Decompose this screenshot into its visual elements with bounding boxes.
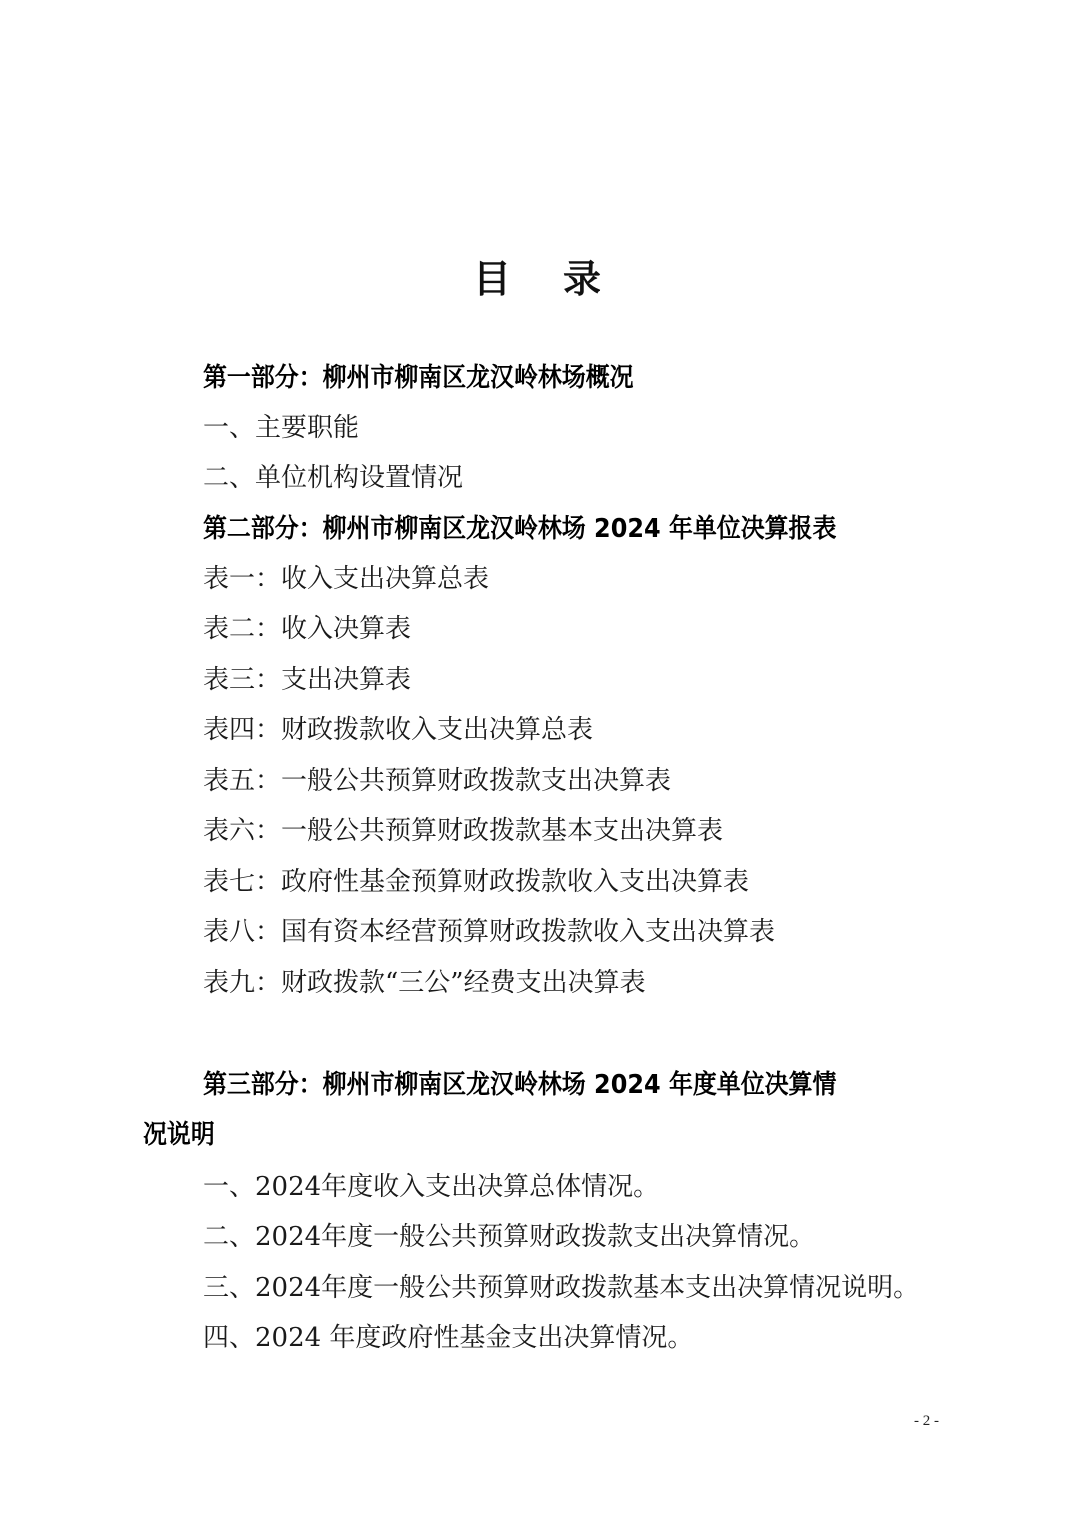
toc-part3-heading-cont[interactable]: 况说明 xyxy=(143,1118,215,1152)
toc-item[interactable]: 表九：财政拨款“三公”经费支出决算表 xyxy=(203,966,646,1000)
toc-item[interactable]: 表一：收入支出决算总表 xyxy=(203,562,489,596)
toc-item[interactable]: 二、2024年度一般公共预算财政拨款支出决算情况。 xyxy=(203,1220,815,1254)
toc-item[interactable]: 表八：国有资本经营预算财政拨款收入支出决算表 xyxy=(203,915,775,949)
toc-item[interactable]: 一、2024年度收入支出决算总体情况。 xyxy=(203,1170,659,1204)
title-char-1: 目 xyxy=(473,248,511,303)
toc-item[interactable]: 二、单位机构设置情况 xyxy=(203,461,463,495)
toc-part2-heading[interactable]: 第二部分：柳州市柳南区龙汉岭林场 2024 年单位决算报表 xyxy=(203,512,836,546)
page-title: 目录 xyxy=(0,248,1074,303)
document-page: 目录 第一部分：柳州市柳南区龙汉岭林场概况 一、主要职能 二、单位机构设置情况 … xyxy=(0,0,1074,1520)
toc-item[interactable]: 表三：支出决算表 xyxy=(203,663,411,697)
toc-part3-heading[interactable]: 第三部分：柳州市柳南区龙汉岭林场 2024 年度单位决算情 xyxy=(203,1068,836,1102)
page-number: - 2 - xyxy=(914,1413,939,1430)
toc-item[interactable]: 一、主要职能 xyxy=(203,411,359,445)
title-char-2: 录 xyxy=(563,248,601,303)
toc-item[interactable]: 表五：一般公共预算财政拨款支出决算表 xyxy=(203,764,671,798)
toc-item[interactable]: 表二：收入决算表 xyxy=(203,612,411,646)
toc-item[interactable]: 表七：政府性基金预算财政拨款收入支出决算表 xyxy=(203,865,749,899)
toc-item[interactable]: 三、2024年度一般公共预算财政拨款基本支出决算情况说明。 xyxy=(203,1271,919,1305)
toc-item[interactable]: 表六：一般公共预算财政拨款基本支出决算表 xyxy=(203,814,723,848)
toc-item[interactable]: 表四：财政拨款收入支出决算总表 xyxy=(203,713,593,747)
toc-part1-heading[interactable]: 第一部分：柳州市柳南区龙汉岭林场概况 xyxy=(203,361,634,395)
toc-item[interactable]: 四、2024 年度政府性基金支出决算情况。 xyxy=(203,1321,693,1355)
